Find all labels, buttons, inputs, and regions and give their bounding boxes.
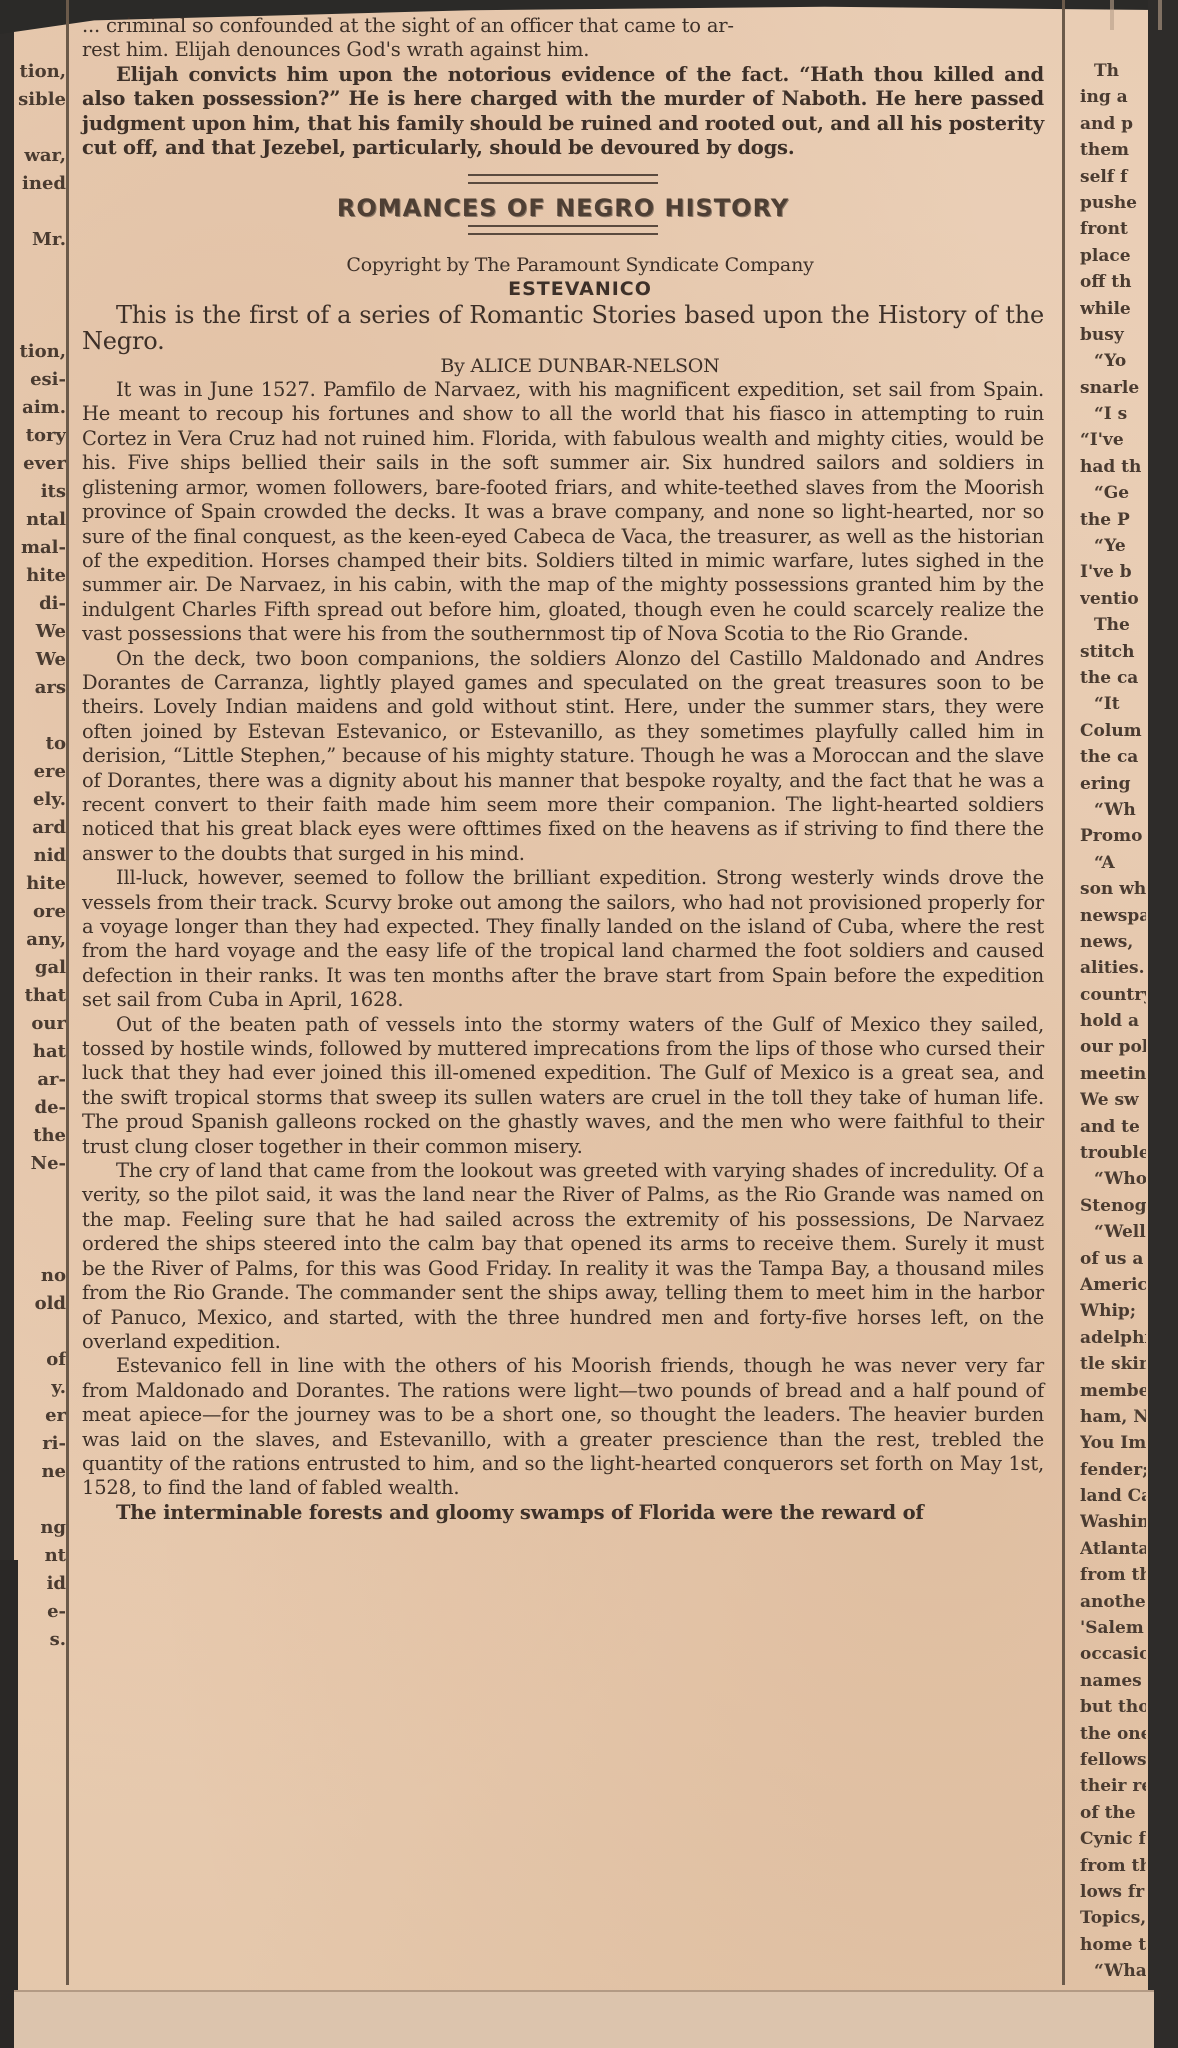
- column-fragment: Mr.: [14, 226, 66, 254]
- column-fragment: land Ca: [1080, 1483, 1146, 1509]
- column-fragment: [14, 282, 66, 310]
- column-fragment: The: [1080, 612, 1146, 638]
- column-fragment: [14, 1178, 66, 1206]
- column-fragment: ering: [1080, 771, 1146, 797]
- right-column-fragments: Thing aand pthemself fpushefrontplaceoff…: [1080, 58, 1146, 1985]
- column-fragment: hite: [14, 562, 66, 590]
- article-paragraph: Ill-luck, however, seemed to follow the …: [82, 866, 1044, 1012]
- column-fragment: member: [1080, 1378, 1146, 1404]
- column-fragment: “I've: [1080, 427, 1146, 453]
- column-fragment: names T: [1080, 1668, 1146, 1694]
- main-column: ... criminal so confounded at the sight …: [82, 14, 1044, 1525]
- column-fragment: [14, 114, 66, 142]
- column-fragment: our pol: [1080, 1034, 1146, 1060]
- column-rule-left: [66, 0, 69, 1985]
- headline: ROMANCES OF NEGRO HISTORY: [82, 196, 1044, 220]
- column-fragment: “A: [1080, 850, 1146, 876]
- column-fragment: ne: [14, 1458, 66, 1486]
- column-fragment: pushe: [1080, 190, 1146, 216]
- column-fragment: the ones: [1080, 1721, 1146, 1747]
- headline-rule-top: [468, 174, 658, 184]
- column-fragment: s.: [14, 1626, 66, 1654]
- column-fragment: Promo: [1080, 823, 1146, 849]
- column-fragment: I've b: [1080, 559, 1146, 585]
- column-fragment: [14, 1234, 66, 1262]
- column-fragment: self f: [1080, 164, 1146, 190]
- bottom-paper-edge: [14, 1990, 1154, 2048]
- column-rule-right: [1062, 0, 1065, 1985]
- column-fragment: occasion: [1080, 1641, 1146, 1667]
- column-fragment: Whip;: [1080, 1298, 1146, 1324]
- article-paragraph: The cry of land that came from the looko…: [82, 1159, 1044, 1354]
- column-fragment: mal-: [14, 534, 66, 562]
- column-fragment: You Im: [1080, 1430, 1146, 1456]
- column-fragment: di-: [14, 590, 66, 618]
- column-fragment: esi-: [14, 366, 66, 394]
- column-fragment: the ca: [1080, 665, 1146, 691]
- column-fragment: [14, 1318, 66, 1346]
- column-fragment: alities.: [1080, 955, 1146, 981]
- column-fragment: We: [14, 646, 66, 674]
- column-fragment: tion,: [14, 58, 66, 86]
- column-fragment: of us a: [1080, 1246, 1146, 1272]
- column-fragment: “I s: [1080, 401, 1146, 427]
- column-fragment: and p: [1080, 111, 1146, 137]
- column-fragment: ere: [14, 758, 66, 786]
- copyright-line: Copyright by The Paramount Syndicate Com…: [82, 253, 1044, 277]
- column-fragment: while: [1080, 296, 1146, 322]
- column-fragment: America: [1080, 1272, 1146, 1298]
- column-fragment: ore: [14, 898, 66, 926]
- column-fragment: nid: [14, 842, 66, 870]
- column-fragment: ri-: [14, 1430, 66, 1458]
- column-fragment: the P: [1080, 507, 1146, 533]
- column-fragment: sible: [14, 86, 66, 114]
- column-fragment: nt: [14, 1542, 66, 1570]
- column-fragment: no: [14, 1262, 66, 1290]
- column-fragment: Th: [1080, 58, 1146, 84]
- column-fragment: id: [14, 1570, 66, 1598]
- column-fragment: “Who: [1080, 1166, 1146, 1192]
- article-paragraph: The interminable forests and gloomy swam…: [82, 1501, 1044, 1525]
- column-fragment: [14, 198, 66, 226]
- column-fragment: had th: [1080, 454, 1146, 480]
- article-paragraph: Estevanico fell in line with the others …: [82, 1354, 1044, 1500]
- column-fragment: them: [1080, 137, 1146, 163]
- byline: By ALICE DUNBAR-NELSON: [82, 354, 1044, 378]
- column-fragment: ar-: [14, 1066, 66, 1094]
- article-paragraph: On the deck, two boon companions, the so…: [82, 647, 1044, 867]
- column-fragment: country: [1080, 982, 1146, 1008]
- column-fragment: We: [14, 618, 66, 646]
- column-fragment: ventio: [1080, 586, 1146, 612]
- column-fragment: Cynic fr: [1080, 1826, 1146, 1852]
- column-fragment: its: [14, 478, 66, 506]
- column-fragment: war,: [14, 142, 66, 170]
- column-fragment: troubles: [1080, 1140, 1146, 1166]
- column-fragment: hite: [14, 870, 66, 898]
- column-fragment: tle skin: [1080, 1351, 1146, 1377]
- story-title: ESTEVANICO: [82, 277, 1044, 301]
- column-fragment: and te: [1080, 1114, 1146, 1140]
- column-fragment: ng: [14, 1514, 66, 1542]
- column-fragment: lows fr: [1080, 1879, 1146, 1905]
- column-fragment: de-: [14, 1094, 66, 1122]
- column-fragment: ars: [14, 674, 66, 702]
- article-paragraph: Out of the beaten path of vessels into t…: [82, 1013, 1044, 1159]
- column-fragment: ined: [14, 170, 66, 198]
- column-fragment: from the: [1080, 1562, 1146, 1588]
- column-fragment: place: [1080, 243, 1146, 269]
- column-fragment: but thos: [1080, 1694, 1146, 1720]
- column-fragment: our: [14, 1010, 66, 1038]
- column-fragment: off th: [1080, 269, 1146, 295]
- column-fragment: “It: [1080, 691, 1146, 717]
- column-fragment: home to: [1080, 1932, 1146, 1958]
- column-fragment: newspa: [1080, 903, 1146, 929]
- column-fragment: Atlanta: [1080, 1536, 1146, 1562]
- series-intro: This is the first of a series of Romanti…: [82, 302, 1044, 354]
- column-fragment: y.: [14, 1374, 66, 1402]
- column-fragment: to: [14, 730, 66, 758]
- illustration-fragment: [1110, 0, 1162, 30]
- column-fragment: [14, 702, 66, 730]
- column-fragment: “Yo: [1080, 348, 1146, 374]
- column-fragment: Topics,: [1080, 1905, 1146, 1931]
- column-fragment: of: [14, 1346, 66, 1374]
- column-fragment: the: [14, 1122, 66, 1150]
- column-fragment: the ca: [1080, 744, 1146, 770]
- column-fragment: ing a: [1080, 84, 1146, 110]
- column-fragment: [14, 1486, 66, 1514]
- previous-article-line: rest him. Elijah denounces God's wrath a…: [82, 38, 1044, 62]
- column-fragment: ham, N: [1080, 1404, 1146, 1430]
- column-fragment: aim.: [14, 394, 66, 422]
- column-fragment: Stenog.: [1080, 1193, 1146, 1219]
- column-fragment: ever: [14, 450, 66, 478]
- column-fragment: Washing: [1080, 1509, 1146, 1535]
- column-fragment: er: [14, 1402, 66, 1430]
- column-fragment: news,: [1080, 929, 1146, 955]
- headline-rule-bottom: [468, 225, 658, 235]
- column-fragment: old: [14, 1290, 66, 1318]
- previous-article-paragraph: Elijah convicts him upon the notorious e…: [82, 63, 1044, 161]
- column-fragment: tory: [14, 422, 66, 450]
- column-fragment: their re: [1080, 1773, 1146, 1799]
- column-fragment: front: [1080, 216, 1146, 242]
- column-fragment: Colum: [1080, 718, 1146, 744]
- column-fragment: Ne-: [14, 1150, 66, 1178]
- column-fragment: adelphia: [1080, 1325, 1146, 1351]
- column-fragment: another: [1080, 1589, 1146, 1615]
- column-fragment: 'Salem: [1080, 1615, 1146, 1641]
- column-fragment: “Well: [1080, 1219, 1146, 1245]
- column-fragment: tion,: [14, 338, 66, 366]
- column-fragment: ntal: [14, 506, 66, 534]
- article-paragraph: It was in June 1527. Pamfilo de Narvaez,…: [82, 378, 1044, 646]
- column-fragment: [14, 1206, 66, 1234]
- column-fragment: fellows: [1080, 1747, 1146, 1773]
- right-background: [1148, 0, 1178, 2048]
- column-fragment: “Ye: [1080, 533, 1146, 559]
- column-fragment: gal: [14, 954, 66, 982]
- column-fragment: “Wh: [1080, 797, 1146, 823]
- previous-article-line: ... criminal so confounded at the sight …: [82, 14, 1044, 38]
- column-fragment: ely.: [14, 786, 66, 814]
- column-fragment: snarle: [1080, 375, 1146, 401]
- column-fragment: “What: [1080, 1958, 1146, 1984]
- column-fragment: of the: [1080, 1800, 1146, 1826]
- column-fragment: [14, 310, 66, 338]
- column-fragment: son wh: [1080, 876, 1146, 902]
- column-fragment: that: [14, 982, 66, 1010]
- column-fragment: e-: [14, 1598, 66, 1626]
- column-fragment: fender;: [1080, 1457, 1146, 1483]
- left-column-fragments: tion,sible war,ined Mr. tion,esi-aim.tor…: [14, 58, 66, 1654]
- column-fragment: any,: [14, 926, 66, 954]
- column-fragment: “Ge: [1080, 480, 1146, 506]
- column-fragment: hat: [14, 1038, 66, 1066]
- column-fragment: stitch: [1080, 639, 1146, 665]
- column-fragment: [14, 254, 66, 282]
- column-fragment: meeting: [1080, 1061, 1146, 1087]
- column-fragment: hold a: [1080, 1008, 1146, 1034]
- column-fragment: ard: [14, 814, 66, 842]
- column-fragment: busy: [1080, 322, 1146, 348]
- column-fragment: We sw: [1080, 1087, 1146, 1113]
- column-fragment: from th: [1080, 1853, 1146, 1879]
